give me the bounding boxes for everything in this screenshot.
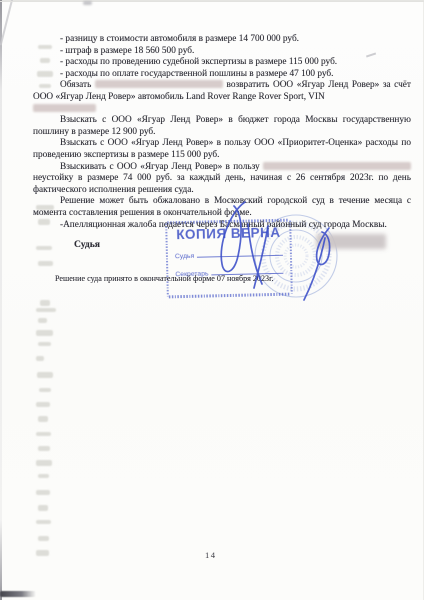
list-item: - расходы по оплате государственной пошл… (33, 69, 411, 81)
scan-edge-artifact (0, 1, 424, 2)
list-item: - штраф в размере 18 560 500 руб. (33, 46, 411, 58)
redaction-blur-name (95, 80, 223, 88)
handwritten-signature (190, 192, 360, 312)
scan-smudge-artifact (83, 1, 92, 5)
scanned-court-decision-page: - разницу в стоимости автомобиля в разме… (0, 0, 424, 600)
list-item: - расходы по проведению судебной эксперт… (33, 57, 411, 69)
body-paragraph: Взыскать с ООО «Ягуар Ленд Ровер» в бюдж… (33, 115, 411, 138)
scan-corner-artifact (0, 591, 36, 597)
page-number: 14 (205, 550, 217, 560)
body-paragraph: Взыскать с ООО «Ягуар Ленд Ровер» в поль… (33, 138, 411, 161)
redaction-blur-vin (33, 104, 96, 112)
redaction-blur-name (263, 162, 411, 170)
judge-signature-label: Судья (74, 239, 100, 250)
scan-crease-artifact (0, 0, 14, 45)
body-paragraph: Обязать возвратить ООО «Ягуар Ленд Ровер… (33, 80, 411, 115)
scan-edge-artifact (0, 0, 2, 600)
list-item: - разницу в стоимости автомобиля в разме… (33, 34, 411, 46)
